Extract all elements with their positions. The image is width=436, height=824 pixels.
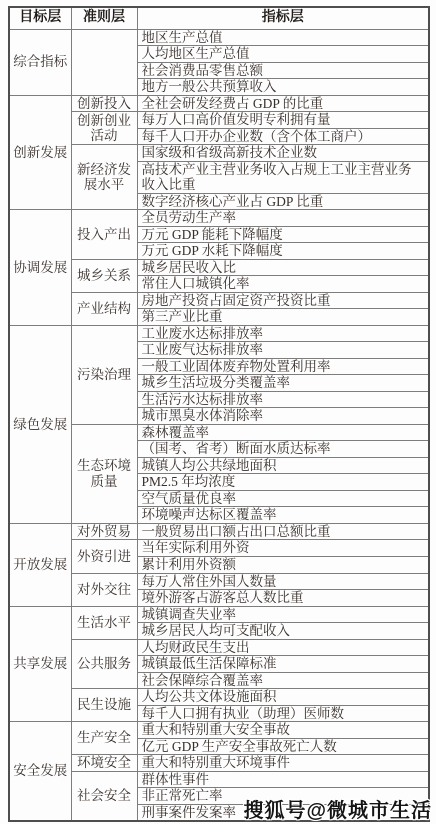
indicator-cell: 工业废水达标排放率 — [137, 325, 429, 342]
indicator-cell: 城镇调查失业率 — [137, 606, 429, 623]
table-header: 目标层 准则层 指标层 — [9, 7, 429, 29]
indicator-cell: 每千人口开办企业数（含个体工商户） — [137, 128, 429, 145]
target-cell: 共享发展 — [9, 606, 71, 722]
indicator-cell: 人均财政民生支出 — [137, 639, 429, 656]
indicator-cell: 境外游客占游客总人数比重 — [137, 590, 429, 607]
indicator-cell: 城乡生活垃圾分类覆盖率 — [137, 375, 429, 392]
indicator-cell: 高技术产业主营业务收入占规上工业主营业务收入比重 — [137, 161, 429, 193]
criterion-cell: 新经济发展水平 — [71, 145, 137, 210]
criterion-cell: 对外贸易 — [71, 523, 137, 540]
table-row: 创新创业活动每万人口高价值发明专利拥有量 — [9, 112, 429, 129]
criterion-cell: 对外交往 — [71, 573, 137, 606]
indicator-cell: 森林覆盖率 — [137, 424, 429, 441]
indicator-cell: 房地产投资占固定资产投资比重 — [137, 292, 429, 309]
table-body: 综合指标地区生产总值人均地区生产总值社会消费品零售总额地方一般公共预算收入创新发… — [9, 29, 429, 821]
indicator-cell: 城市黑臭水体消除率 — [137, 408, 429, 425]
indicator-cell: 国家级和省级高新技术企业数 — [137, 145, 429, 162]
indicator-cell: 空气质量优良率 — [137, 490, 429, 507]
indicator-cell: 社会消费品零售总额 — [137, 62, 429, 79]
table-row: 社会安全群体性事件 — [9, 771, 429, 788]
indicator-cell: 城镇最低生活保障标准 — [137, 656, 429, 673]
criterion-cell: 公共服务 — [71, 639, 137, 689]
table-row: 城乡关系城乡居民收入比 — [9, 259, 429, 276]
indicator-cell: 城乡居民收入比 — [137, 259, 429, 276]
indicator-cell: 人均公共文体设施面积 — [137, 689, 429, 706]
table-row: 民生设施人均公共文体设施面积 — [9, 689, 429, 706]
table-row: 开放发展对外贸易一般贸易出口额占出口总额比重 — [9, 523, 429, 540]
criterion-cell: 民生设施 — [71, 689, 137, 722]
indicator-cell: 重大和特别重大安全事故 — [137, 722, 429, 739]
indicator-cell: 每万人常住外国人数量 — [137, 573, 429, 590]
indicator-cell: 当年实际利用外资 — [137, 540, 429, 557]
criterion-cell: 生活水平 — [71, 606, 137, 639]
indicator-cell: 重大和特别重大环境事件 — [137, 755, 429, 772]
target-cell: 协调发展 — [9, 210, 71, 326]
table-row: 创新发展创新投入全社会研发经费占 GDP 的比重 — [9, 95, 429, 112]
indicator-cell: 城镇人均公共绿地面积 — [137, 457, 429, 474]
indicator-cell: 第三产业比重 — [137, 309, 429, 326]
criterion-cell: 创新投入 — [71, 95, 137, 112]
criterion-cell: 生产安全 — [71, 722, 137, 755]
criterion-cell: 污染治理 — [71, 325, 137, 424]
indicator-cell: （国考、省考）断面水质达标率 — [137, 441, 429, 458]
table-row: 对外交往每万人常住外国人数量 — [9, 573, 429, 590]
target-cell: 创新发展 — [9, 95, 71, 210]
indicator-cell: 全员劳动生产率 — [137, 210, 429, 227]
criterion-cell: 生态环境质量 — [71, 424, 137, 523]
criterion-cell: 投入产出 — [71, 210, 137, 260]
indicator-cell: 亿元 GDP 生产安全事故死亡人数 — [137, 738, 429, 755]
target-cell: 开放发展 — [9, 523, 71, 606]
watermark-text: 搜狐号@微城市生活 — [243, 794, 432, 823]
page: 目标层 准则层 指标层 综合指标地区生产总值人均地区生产总值社会消费品零售总额地… — [0, 0, 436, 824]
indicator-cell: PM2.5 年均浓度 — [137, 474, 429, 491]
table-row: 外资引进当年实际利用外资 — [9, 540, 429, 557]
header-indicator-layer: 指标层 — [137, 7, 429, 29]
indicator-cell: 群体性事件 — [137, 771, 429, 788]
indicator-cell: 每千人口拥有执业（助理）医师数 — [137, 705, 429, 722]
indicator-cell: 人均地区生产总值 — [137, 46, 429, 63]
indicator-cell: 全社会研发经费占 GDP 的比重 — [137, 95, 429, 112]
criterion-cell: 社会安全 — [71, 771, 137, 821]
header-target-layer: 目标层 — [9, 7, 71, 29]
table-row: 公共服务人均财政民生支出 — [9, 639, 429, 656]
table-row: 生态环境质量森林覆盖率 — [9, 424, 429, 441]
indicator-cell: 城乡居民人均可支配收入 — [137, 623, 429, 640]
target-cell: 安全发展 — [9, 722, 71, 822]
header-criterion-layer: 准则层 — [71, 7, 137, 29]
indicator-cell: 万元 GDP 水耗下降幅度 — [137, 243, 429, 260]
table-row: 协调发展投入产出全员劳动生产率 — [9, 210, 429, 227]
target-cell: 综合指标 — [9, 29, 71, 95]
indicator-cell: 地方一般公共预算收入 — [137, 79, 429, 96]
table-row: 绿色发展污染治理工业废水达标排放率 — [9, 325, 429, 342]
table-row: 产业结构房地产投资占固定资产投资比重 — [9, 292, 429, 309]
indicator-cell: 生活污水达标排放率 — [137, 391, 429, 408]
header-row: 目标层 准则层 指标层 — [9, 7, 429, 29]
indicator-cell: 万元 GDP 能耗下降幅度 — [137, 226, 429, 243]
criterion-cell: 产业结构 — [71, 292, 137, 325]
indicator-cell: 一般工业固体废弃物处置利用率 — [137, 358, 429, 375]
indicator-system-table: 目标层 准则层 指标层 综合指标地区生产总值人均地区生产总值社会消费品零售总额地… — [8, 6, 430, 822]
table-row: 新经济发展水平国家级和省级高新技术企业数 — [9, 145, 429, 162]
indicator-cell: 每万人口高价值发明专利拥有量 — [137, 112, 429, 129]
criterion-cell: 创新创业活动 — [71, 112, 137, 145]
criterion-cell: 外资引进 — [71, 540, 137, 573]
table-row: 共享发展生活水平城镇调查失业率 — [9, 606, 429, 623]
criterion-cell — [71, 29, 137, 95]
indicator-cell: 数字经济核心产业占 GDP 比重 — [137, 193, 429, 210]
indicator-cell: 环境噪声达标区覆盖率 — [137, 507, 429, 524]
table-row: 环境安全重大和特别重大环境事件 — [9, 755, 429, 772]
indicator-cell: 地区生产总值 — [137, 29, 429, 46]
table-row: 综合指标地区生产总值 — [9, 29, 429, 46]
criterion-cell: 环境安全 — [71, 755, 137, 772]
target-cell: 绿色发展 — [9, 325, 71, 523]
indicator-cell: 累计利用外资额 — [137, 557, 429, 574]
indicator-cell: 工业废气达标排放率 — [137, 342, 429, 359]
table-row: 安全发展生产安全重大和特别重大安全事故 — [9, 722, 429, 739]
indicator-cell: 一般贸易出口额占出口总额比重 — [137, 523, 429, 540]
criterion-cell: 城乡关系 — [71, 259, 137, 292]
indicator-cell: 常住人口城镇化率 — [137, 276, 429, 293]
indicator-cell: 社会保障综合覆盖率 — [137, 672, 429, 689]
